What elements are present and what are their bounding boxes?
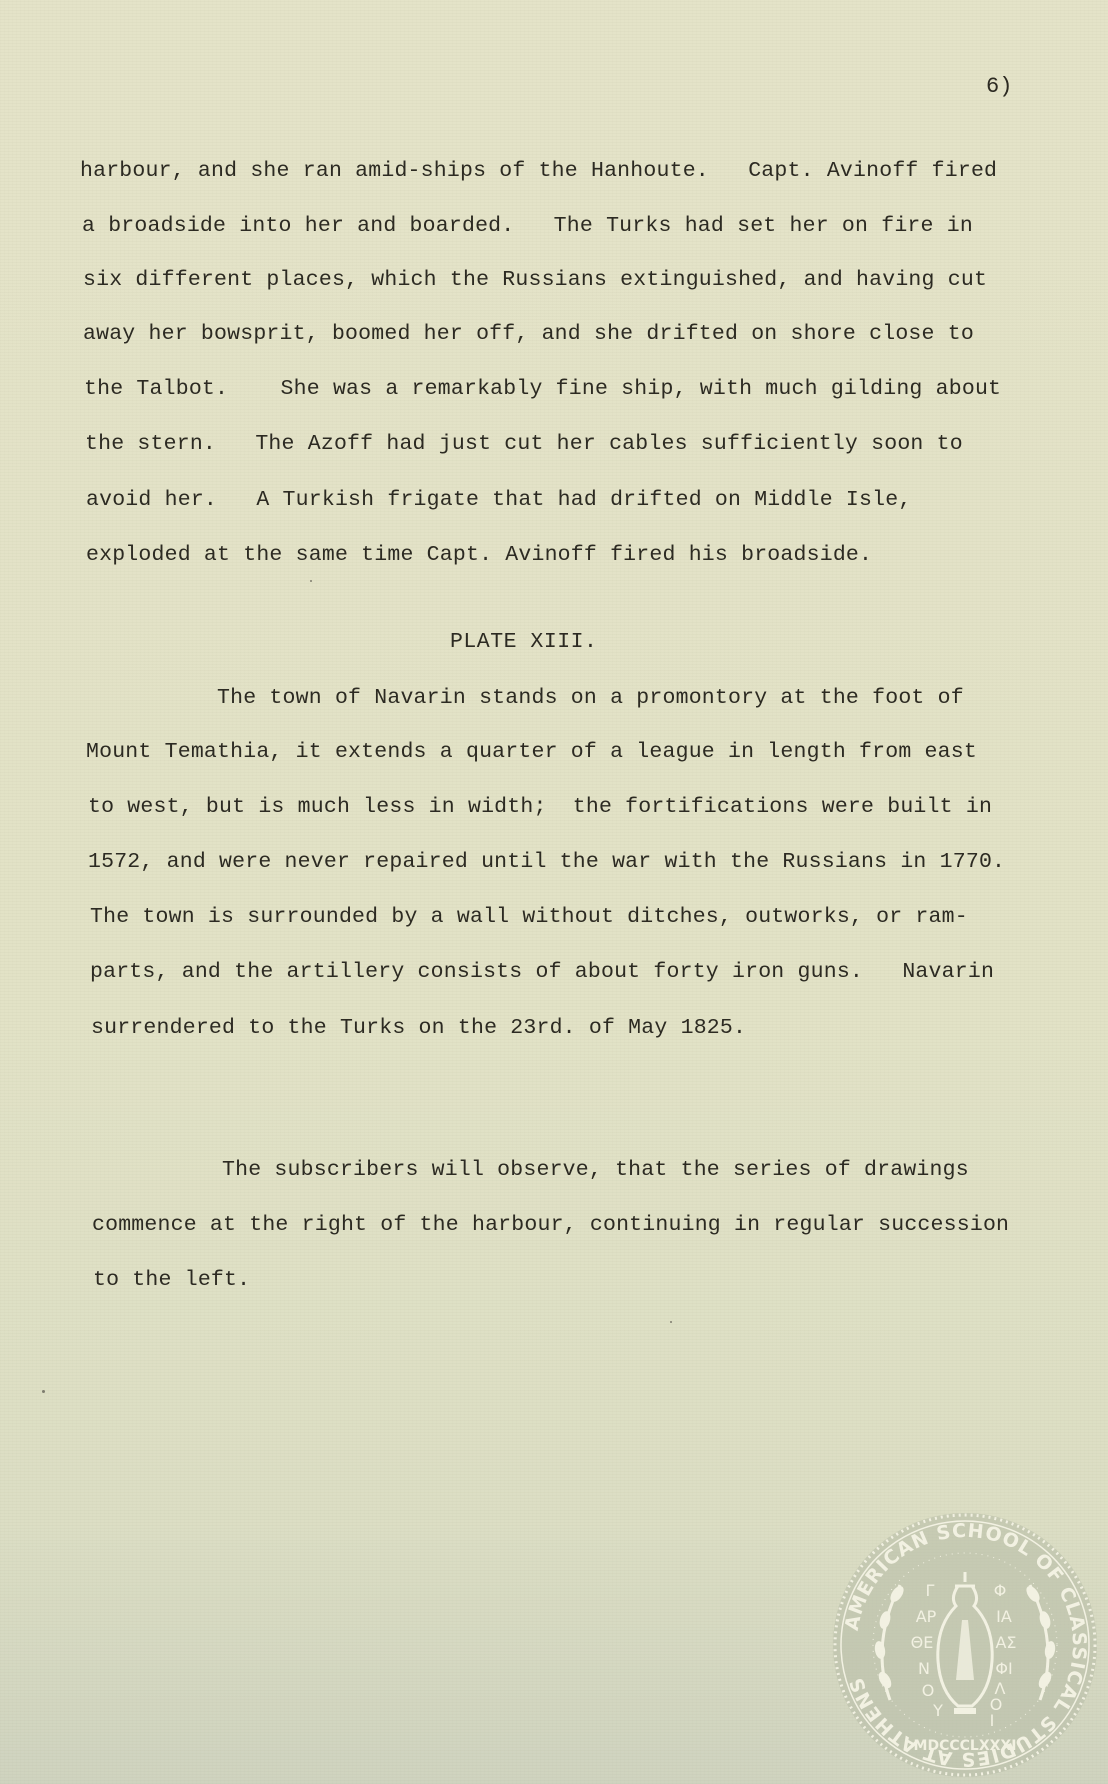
text-line: to west, but is much less in width; the … [88, 797, 992, 819]
text-line: a broadside into her and boarded. The Tu… [82, 216, 973, 238]
text-line: avoid her. A Turkish frigate that had dr… [86, 490, 911, 512]
seal-letter: ΑΣ [995, 1633, 1016, 1652]
paper-speck [310, 580, 312, 582]
section-heading-plate-xiii: PLATE XIII. [450, 630, 597, 654]
text-line: The town is surrounded by a wall without… [90, 907, 968, 929]
seal-letter: ΦΙ [995, 1659, 1012, 1678]
seal-letter: Γ [926, 1581, 935, 1600]
paper-speck [42, 1390, 45, 1393]
seal-year-text: MDCCCLXXXI [914, 1738, 1017, 1754]
seal-letter: Ι [990, 1711, 995, 1730]
paper-speck [670, 1321, 672, 1323]
seal-letter: Υ [932, 1701, 943, 1720]
text-line: harbour, and she ran amid-ships of the H… [80, 161, 997, 183]
text-line: 1572, and were never repaired until the … [88, 852, 1005, 874]
text-line: away her bowsprit, boomed her off, and s… [83, 324, 974, 346]
text-line: commence at the right of the harbour, co… [92, 1215, 1009, 1237]
seal-letter: ΑΡ [916, 1607, 937, 1626]
seal-letter: Ν [918, 1659, 930, 1678]
text-line: the stern. The Azoff had just cut her ca… [85, 434, 963, 456]
text-line: exploded at the same time Capt. Avinoff … [86, 545, 872, 567]
text-line: the Talbot. She was a remarkably fine sh… [84, 379, 1001, 401]
seal-letter: ΘΕ [911, 1633, 934, 1652]
text-line: to the left. [93, 1270, 250, 1292]
text-line: parts, and the artillery consists of abo… [90, 962, 994, 984]
seal-letter: ΙΑ [996, 1607, 1012, 1626]
text-line: surrendered to the Turks on the 23rd. of… [91, 1018, 746, 1040]
text-line: The subscribers will observe, that the s… [91, 1160, 969, 1182]
page-number: 6) [986, 74, 1012, 99]
institution-seal-icon: AMERICAN SCHOOL OF CLASSICAL STUDIES AT … [830, 1510, 1100, 1780]
seal-letter: Ο [922, 1681, 935, 1700]
text-line: Mount Temathia, it extends a quarter of … [86, 742, 977, 764]
seal-letter: Φ [994, 1581, 1007, 1600]
text-line: six different places, which the Russians… [83, 270, 987, 292]
text-line: The town of Navarin stands on a promonto… [86, 688, 964, 710]
